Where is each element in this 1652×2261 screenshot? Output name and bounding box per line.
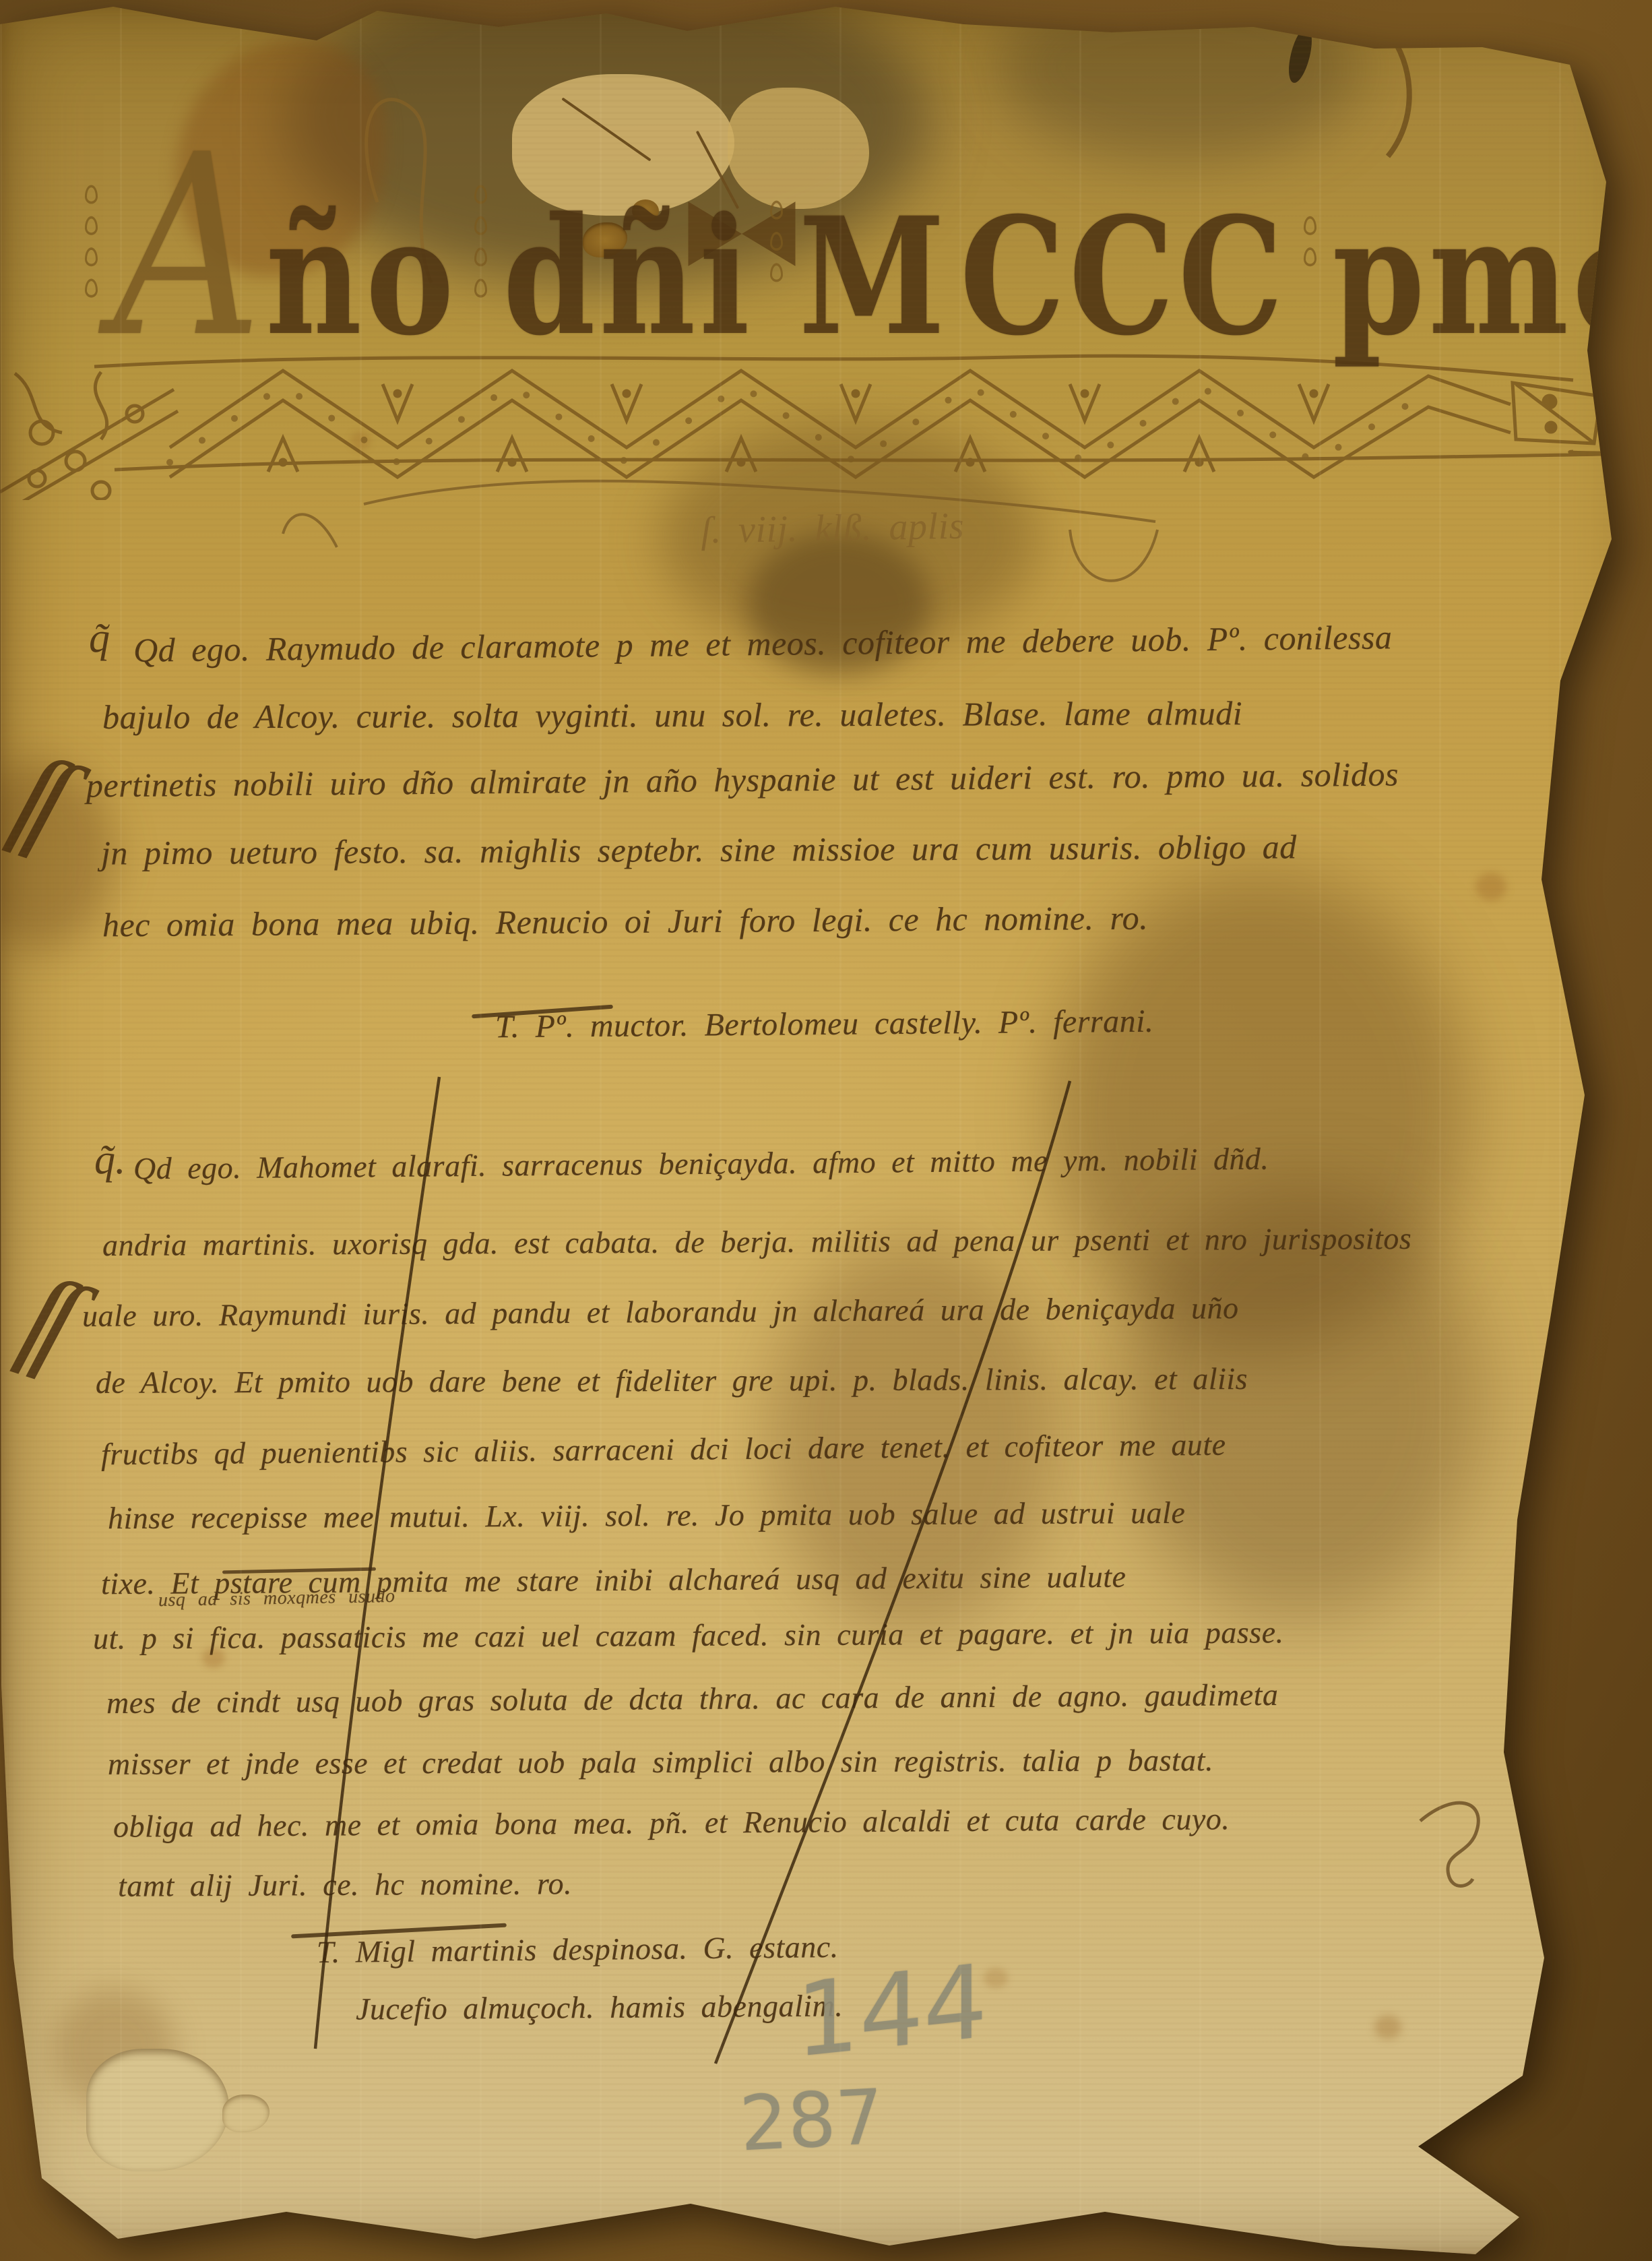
header-word: dñi <box>503 183 754 372</box>
date-heading: ſ. viij. klß. aplis <box>700 505 964 553</box>
folio-number-pencil: 144 <box>796 1943 988 2081</box>
ring-ornament <box>1304 216 1316 266</box>
ink-blot-top <box>1284 26 1316 85</box>
entry2-interline-insertion: usq ad sis moxqmes usudo <box>158 1586 395 1611</box>
manuscript-page: Año dñi M CCC pmo <box>0 0 1652 2261</box>
entry1-line: Qd ego. Raymudo de claramote p me et meo… <box>133 617 1393 670</box>
fox-spot-4 <box>350 431 371 450</box>
entry1-line: pertinetis nobili uiro dño almirate jn a… <box>86 755 1399 805</box>
header-word: CCC <box>960 183 1288 372</box>
fox-spot-1 <box>1475 873 1506 901</box>
entry1-line: bajulo de Alcoy. curie. solta vyginti. u… <box>102 693 1242 737</box>
entry1-line: hec omia bona mea ubiq. Renucio oi Juri … <box>102 898 1149 945</box>
entry2-sigla: q̃. <box>94 1136 126 1184</box>
entry2-line: misser et jnde esse et credat uob pala s… <box>108 1742 1213 1782</box>
torn-hole-bottom-left-small <box>222 2095 269 2132</box>
header-word: Año <box>114 101 458 392</box>
entry2-line: de Alcoy. Et pmito uob dare bene et fide… <box>96 1361 1248 1400</box>
entry2-line: fructibs qd puenientibs sic aliis. sarra… <box>101 1427 1226 1473</box>
entry2-line: ut. p si fica. passaticis me cazi uel ca… <box>93 1614 1284 1656</box>
entry2-witness-line: T. Migl martinis despinosa. G. estanc. <box>317 1929 839 1970</box>
entry2-line: Qd ego. Mahomet alarafi. sarracenus beni… <box>133 1141 1269 1187</box>
entry2-line: mes de cindt usq uob gras soluta de dcta… <box>106 1677 1279 1721</box>
entry2-line: hinse recepisse mee mutui. Lx. viij. sol… <box>108 1495 1186 1536</box>
ring-ornament <box>770 200 783 282</box>
entry1-sigla: q̃ <box>89 615 110 662</box>
header-title: Año dñi M CCC pmo <box>80 101 1575 414</box>
entry1-line: jn pimo ueturo festo. sa. mighlis septeb… <box>101 827 1297 872</box>
entry2-line: andria martinis. uxorisq gda. est cabata… <box>102 1220 1411 1263</box>
manuscript-photo: { "manuscript": { "header": { "words": [… <box>0 0 1652 2261</box>
header-word: pmo <box>1333 183 1652 372</box>
torn-hole-bottom-left <box>86 2049 229 2171</box>
entry2-line: tamt alij Juri. ce. hc nomine. ro. <box>118 1865 572 1904</box>
fox-spot-3 <box>1374 2015 1401 2039</box>
entry1-fee-mark: ſſ <box>2 735 70 855</box>
entry2-line: obliga ad hec. me et omia bona mea. pñ. … <box>113 1801 1230 1845</box>
stain-bottom-left <box>54 1988 175 2109</box>
ring-ornament <box>474 185 487 297</box>
margin-doodle <box>1388 1766 1536 1914</box>
entry2-line: uale uro. Raymundi iuris. ad pandu et la… <box>82 1290 1239 1334</box>
ring-ornament <box>85 185 98 297</box>
paper-wrap: Año dñi M CCC pmo <box>0 0 1652 2261</box>
page-number-pencil: 287 <box>738 2073 886 2168</box>
stain-right-shadow-1 <box>1051 869 1469 1355</box>
entry2-fee-mark: ſſ <box>10 1256 78 1375</box>
entry2-witness-line: Jucefio almuçoch. hamis abengalim. <box>356 1987 844 2026</box>
header-word: M <box>799 183 949 372</box>
